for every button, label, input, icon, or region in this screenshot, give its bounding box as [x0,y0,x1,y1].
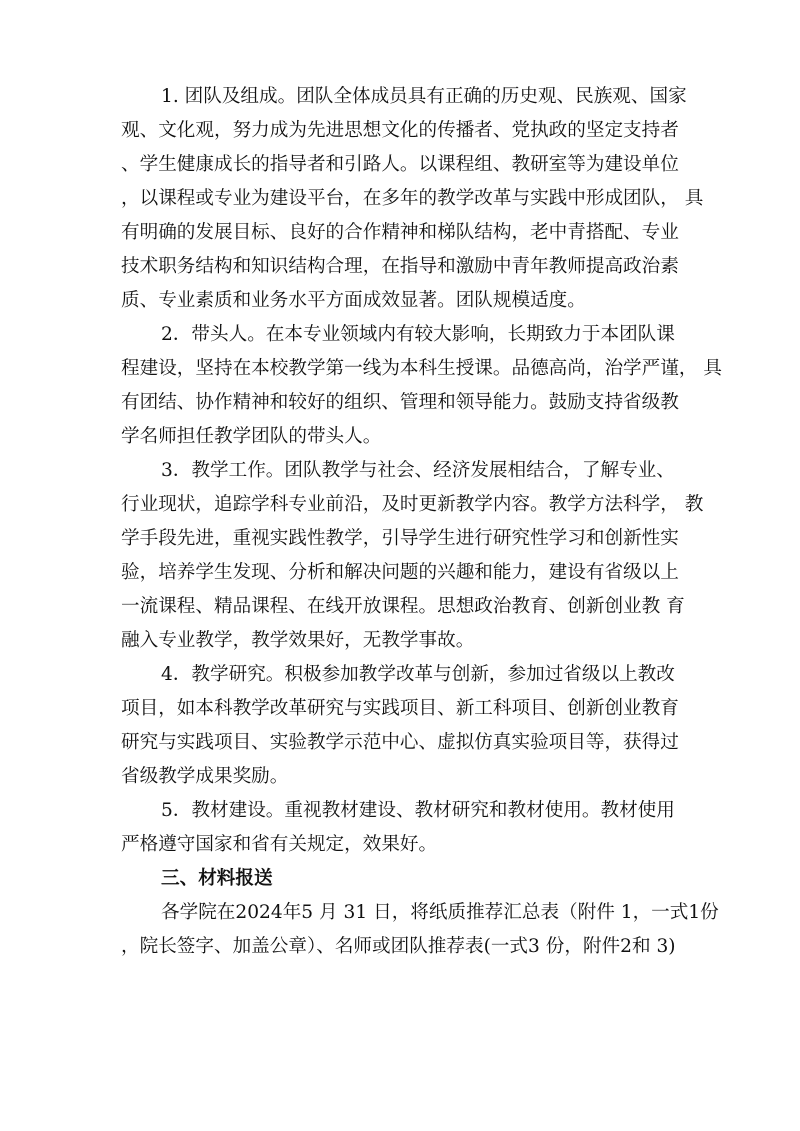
text-line: 学名师担任教学团队的带头人。 [121,420,681,454]
section-heading-text: 三、材料报送 [121,862,681,896]
text-line: 、学生健康成长的指导者和引路人。以课程组、教研室等为建设单位 [121,148,681,182]
text-line: 观、文化观，努力成为先进思想文化的传播者、党执政的坚定支持者 [121,114,681,148]
paragraph-team-leader: 2．带头人。在本专业领域内有较大影响，长期致力于本团队课 程建设，坚持在本校教学… [121,318,681,454]
text-line: 严格遵守国家和省有关规定，效果好。 [121,828,681,862]
text-line: 一流课程、精品课程、在线开放课程。思想政治教育、创新创业教 育 [121,590,681,624]
text-line: 省级教学成果奖励。 [121,760,681,794]
paragraph-submission: 各学院在2024年5 月 31 日，将纸质推荐汇总表（附件 1，一式1份 ，院长… [121,896,681,964]
text-line: 有团结、协作精神和较好的组织、管理和领导能力。鼓励支持省级教 [121,386,681,420]
text-line: 5．教材建设。重视教材建设、教材研究和教材使用。教材使用 [121,794,681,828]
text-line: 质、专业素质和业务水平方面成效显著。团队规模适度。 [121,284,681,318]
text-line: 行业现状，追踪学科专业前沿，及时更新教学内容。教学方法科学， 教 [121,488,681,522]
text-line: 技术职务结构和知识结构合理，在指导和激励中青年教师提高政治素 [121,250,681,284]
text-line: 2．带头人。在本专业领域内有较大影响，长期致力于本团队课 [121,318,681,352]
text-line: 项目，如本科教学改革研究与实践项目、新工科项目、创新创业教育 [121,692,681,726]
paragraph-teaching-work: 3．教学工作。团队教学与社会、经济发展相结合，了解专业、 行业现状，追踪学科专业… [121,454,681,658]
paragraph-team-composition: 1. 团队及组成。团队全体成员具有正确的历史观、民族观、国家 观、文化观，努力成… [121,80,681,318]
text-line: 有明确的发展目标、良好的合作精神和梯队结构，老中青搭配、专业 [121,216,681,250]
text-line: 3．教学工作。团队教学与社会、经济发展相结合，了解专业、 [121,454,681,488]
text-line: 融入专业教学，教学效果好，无教学事故。 [121,624,681,658]
text-line: 4．教学研究。积极参加教学改革与创新，参加过省级以上教改 [121,658,681,692]
paragraph-textbook-construction: 5．教材建设。重视教材建设、教材研究和教材使用。教材使用 严格遵守国家和省有关规… [121,794,681,862]
text-line: 研究与实践项目、实验教学示范中心、虚拟仿真实验项目等，获得过 [121,726,681,760]
text-line: ，院长签字、加盖公章）、名师或团队推荐表(一式3 份，附件2和 3) [121,930,681,964]
paragraph-teaching-research: 4．教学研究。积极参加教学改革与创新，参加过省级以上教改 项目，如本科教学改革研… [121,658,681,794]
text-line: ，以课程或专业为建设平台，在多年的教学改革与实践中形成团队， 具 [121,182,681,216]
document-page: 1. 团队及组成。团队全体成员具有正确的历史观、民族观、国家 观、文化观，努力成… [121,80,681,964]
text-line: 各学院在2024年5 月 31 日，将纸质推荐汇总表（附件 1，一式1份 [121,896,681,930]
text-line: 程建设，坚持在本校教学第一线为本科生授课。品德高尚，治学严谨， 具 [121,352,681,386]
text-line: 学手段先进，重视实践性教学，引导学生进行研究性学习和创新性实 [121,522,681,556]
text-line: 1. 团队及组成。团队全体成员具有正确的历史观、民族观、国家 [121,80,681,114]
section-heading: 三、材料报送 [121,862,681,896]
text-line: 验，培养学生发现、分析和解决问题的兴趣和能力，建设有省级以上 [121,556,681,590]
